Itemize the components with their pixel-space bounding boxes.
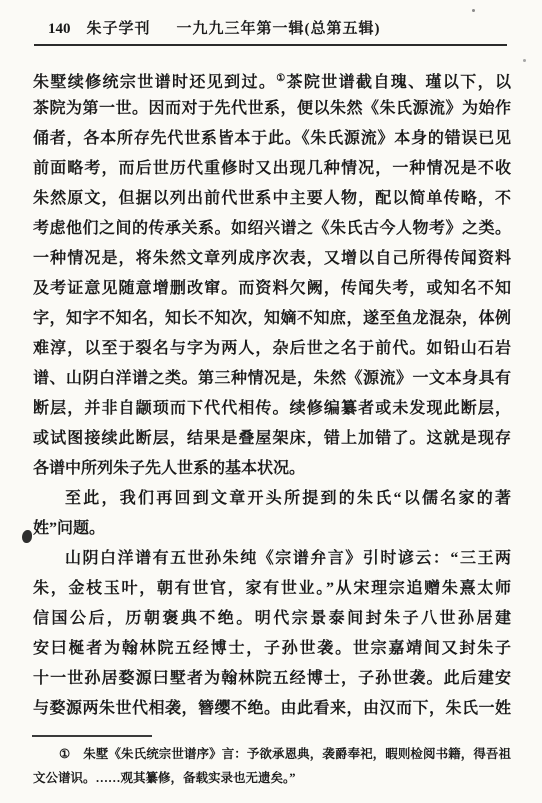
footnote: ①朱墅《朱氏统宗世谱序》言：予欲承恩典，袭爵奉祀，暇则检阅书籍，得吾祖 文公谱识… [33,742,511,790]
text-line: 山阴白洋谱有五世孙朱纯《宗谱弁言》引时谚云：“三王两 [33,544,511,574]
text-segment: 茶院世谱截自瑰、瑾以下，以 [287,74,511,91]
scan-dot-artifact [472,9,475,12]
body-text: 朱墅续修统宗世谱时还见到过。①茶院世谱截自瑰、瑾以下，以 茶院为第一世。因而对于… [33,64,511,724]
text-line: 安曰梴者为翰林院五经博士，子孙世袭。世宗嘉靖间又封朱子 [33,634,511,664]
header-divider [34,44,507,46]
scan-dot-artifact [523,59,526,62]
text-line: 断层，并非自颛顼而下代代相传。续修编纂者或未发现此断层， [33,394,511,424]
text-line: 谱、山阴白洋谱之类。第三种情况是，朱然《源流》一文本身具有 [33,364,511,394]
text-line: 至此，我们再回到文章开头所提到的朱氏“以儒名家的著 [33,484,511,514]
text-line: 考虑他们之间的传承关系。如绍兴谱之《朱氏古今人物考》之类。 [33,214,511,244]
text-line: 茶院为第一世。因而对于先代世系，便以朱然《朱氏源流》为始作 [33,94,511,124]
text-line: 朱墅续修统宗世谱时还见到过。①茶院世谱截自瑰、瑾以下，以 [33,64,511,94]
text-line: 朱然原文，但据以列出前代世系中主要人物，配以简单传略，不 [33,184,511,214]
text-line: 一种情况是，将朱然文章列成序次表，又增以自己所得传闻资料 [33,244,511,274]
text-line: 信国公后，历朝褒典不绝。明代宗景泰间封朱子八世孙居建 [33,604,511,634]
text-line: 姓”问题。 [33,514,511,544]
text-line: 朱，金枝玉叶，朝有世官，家有世业。”从宋理宗追赠朱熹太师 [33,574,511,604]
text-line: 十一世孙居婺源曰墅者为翰林院五经博士，子孙世袭。此后建安 [33,664,511,694]
text-line: 及考证意见随意增删改窜。而资料欠阙，传闻失考，或知名不知 [33,274,511,304]
footnote-line: 文公谱识。……观其纂修，备载实录也无遗矣。” [33,766,511,790]
text-segment: 朱墅续修统宗世谱时还见到过。 [33,74,276,91]
page-header: 140朱子学刊一九九三年第一辑(总第五辑) [48,17,381,38]
page-number: 140 [48,21,71,37]
text-line: 或试图接续此断层，结果是叠屋架床，错上加错了。这就是现存 [33,424,511,454]
text-line: 前面略考，而后世历代重修时又出现几种情况，一种情况是不收 [33,154,511,184]
scan-ink-blob-artifact [22,530,32,543]
issue-info: 一九九三年第一辑(总第五辑) [177,21,381,37]
footnote-line: ①朱墅《朱氏统宗世谱序》言：予欲承恩典，袭爵奉祀，暇则检阅书籍，得吾祖 [33,742,511,766]
footnote-marker: ① [59,747,70,761]
scanned-journal-page: 140朱子学刊一九九三年第一辑(总第五辑) 朱墅续修统宗世谱时还见到过。①茶院世… [0,0,542,803]
journal-title: 朱子学刊 [87,21,151,37]
footnote-divider [32,735,152,737]
text-line: 俑者，各本所存先代世系皆本于此。《朱氏源流》本身的错误已见 [33,124,511,154]
text-line: 字，知字不知名，知长不知次，知嫡不知庶，遂至鱼龙混杂，体例 [33,304,511,334]
footnote-text: 朱墅《朱氏统宗世谱序》言：予欲承恩典，袭爵奉祀，暇则检阅书籍，得吾祖 [83,747,511,761]
text-line: 与婺源两朱世代相袭，簪缨不绝。由此看来，由汉而下，朱氏一姓 [33,694,511,724]
text-line: 难淳，以至于裂名与字为两人，杂后世之名于前代。如铅山石岩 [33,334,511,364]
footnote-ref-mark: ① [276,73,286,84]
text-line: 各谱中所列朱子先人世系的基本状况。 [33,454,511,484]
